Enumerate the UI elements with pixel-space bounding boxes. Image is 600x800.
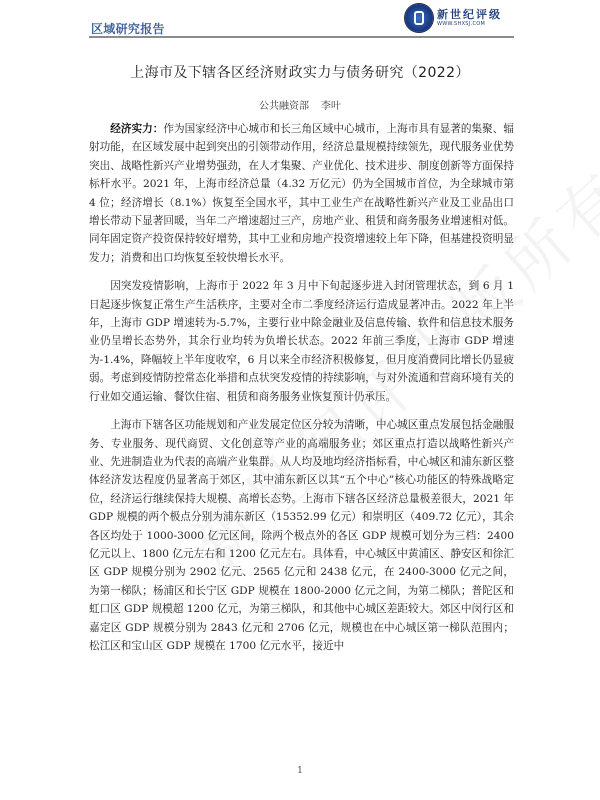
- section-label: 区域研究报告: [91, 20, 165, 37]
- page-header: 区域研究报告 新世纪评级 WWW.SHXSJ.COM: [89, 8, 514, 38]
- logo-emblem-icon: [405, 4, 433, 32]
- paragraph-text: 因突发疫情影响，上海市于 2022 年 3 月中下旬起逐步进入封闭管理状态，到 …: [89, 280, 514, 402]
- document-body: 经济实力：作为国家经济中心城市和长三角区域中心城市，上海市具有显著的集聚、辐射功…: [89, 120, 514, 665]
- author-line: 公共融资部李叶: [0, 97, 600, 112]
- paragraph-district-overview: 上海市下辖各区功能规划和产业发展定位区分较为清晰，中心城区重点发展包括金融服务、…: [89, 416, 514, 655]
- author-department: 公共融资部: [259, 101, 309, 112]
- company-logo: 新世纪评级 WWW.SHXSJ.COM: [405, 4, 502, 32]
- document-title: 上海市及下辖各区经济财政实力与债务研究（2022）: [0, 62, 600, 82]
- logo-name: 新世纪评级: [437, 9, 502, 20]
- paragraph-epidemic-impact: 因突发疫情影响，上海市于 2022 年 3 月中下旬起逐步进入封闭管理状态，到 …: [89, 277, 514, 406]
- logo-url: WWW.SHXSJ.COM: [437, 22, 502, 27]
- header-divider: [89, 36, 514, 38]
- paragraph-economic-strength: 经济实力：作为国家经济中心城市和长三角区域中心城市，上海市具有显著的集聚、辐射功…: [89, 120, 514, 267]
- author-name: 李叶: [321, 101, 341, 112]
- page-number: 1: [0, 766, 600, 776]
- paragraph-lead: 经济实力：: [110, 123, 163, 135]
- paragraph-text: 上海市下辖各区功能规划和产业发展定位区分较为清晰，中心城区重点发展包括金融服务、…: [89, 419, 514, 652]
- paragraph-text: 作为国家经济中心城市和长三角区域中心城市，上海市具有显著的集聚、辐射功能，在区域…: [89, 123, 514, 264]
- logo-text: 新世纪评级 WWW.SHXSJ.COM: [437, 9, 502, 27]
